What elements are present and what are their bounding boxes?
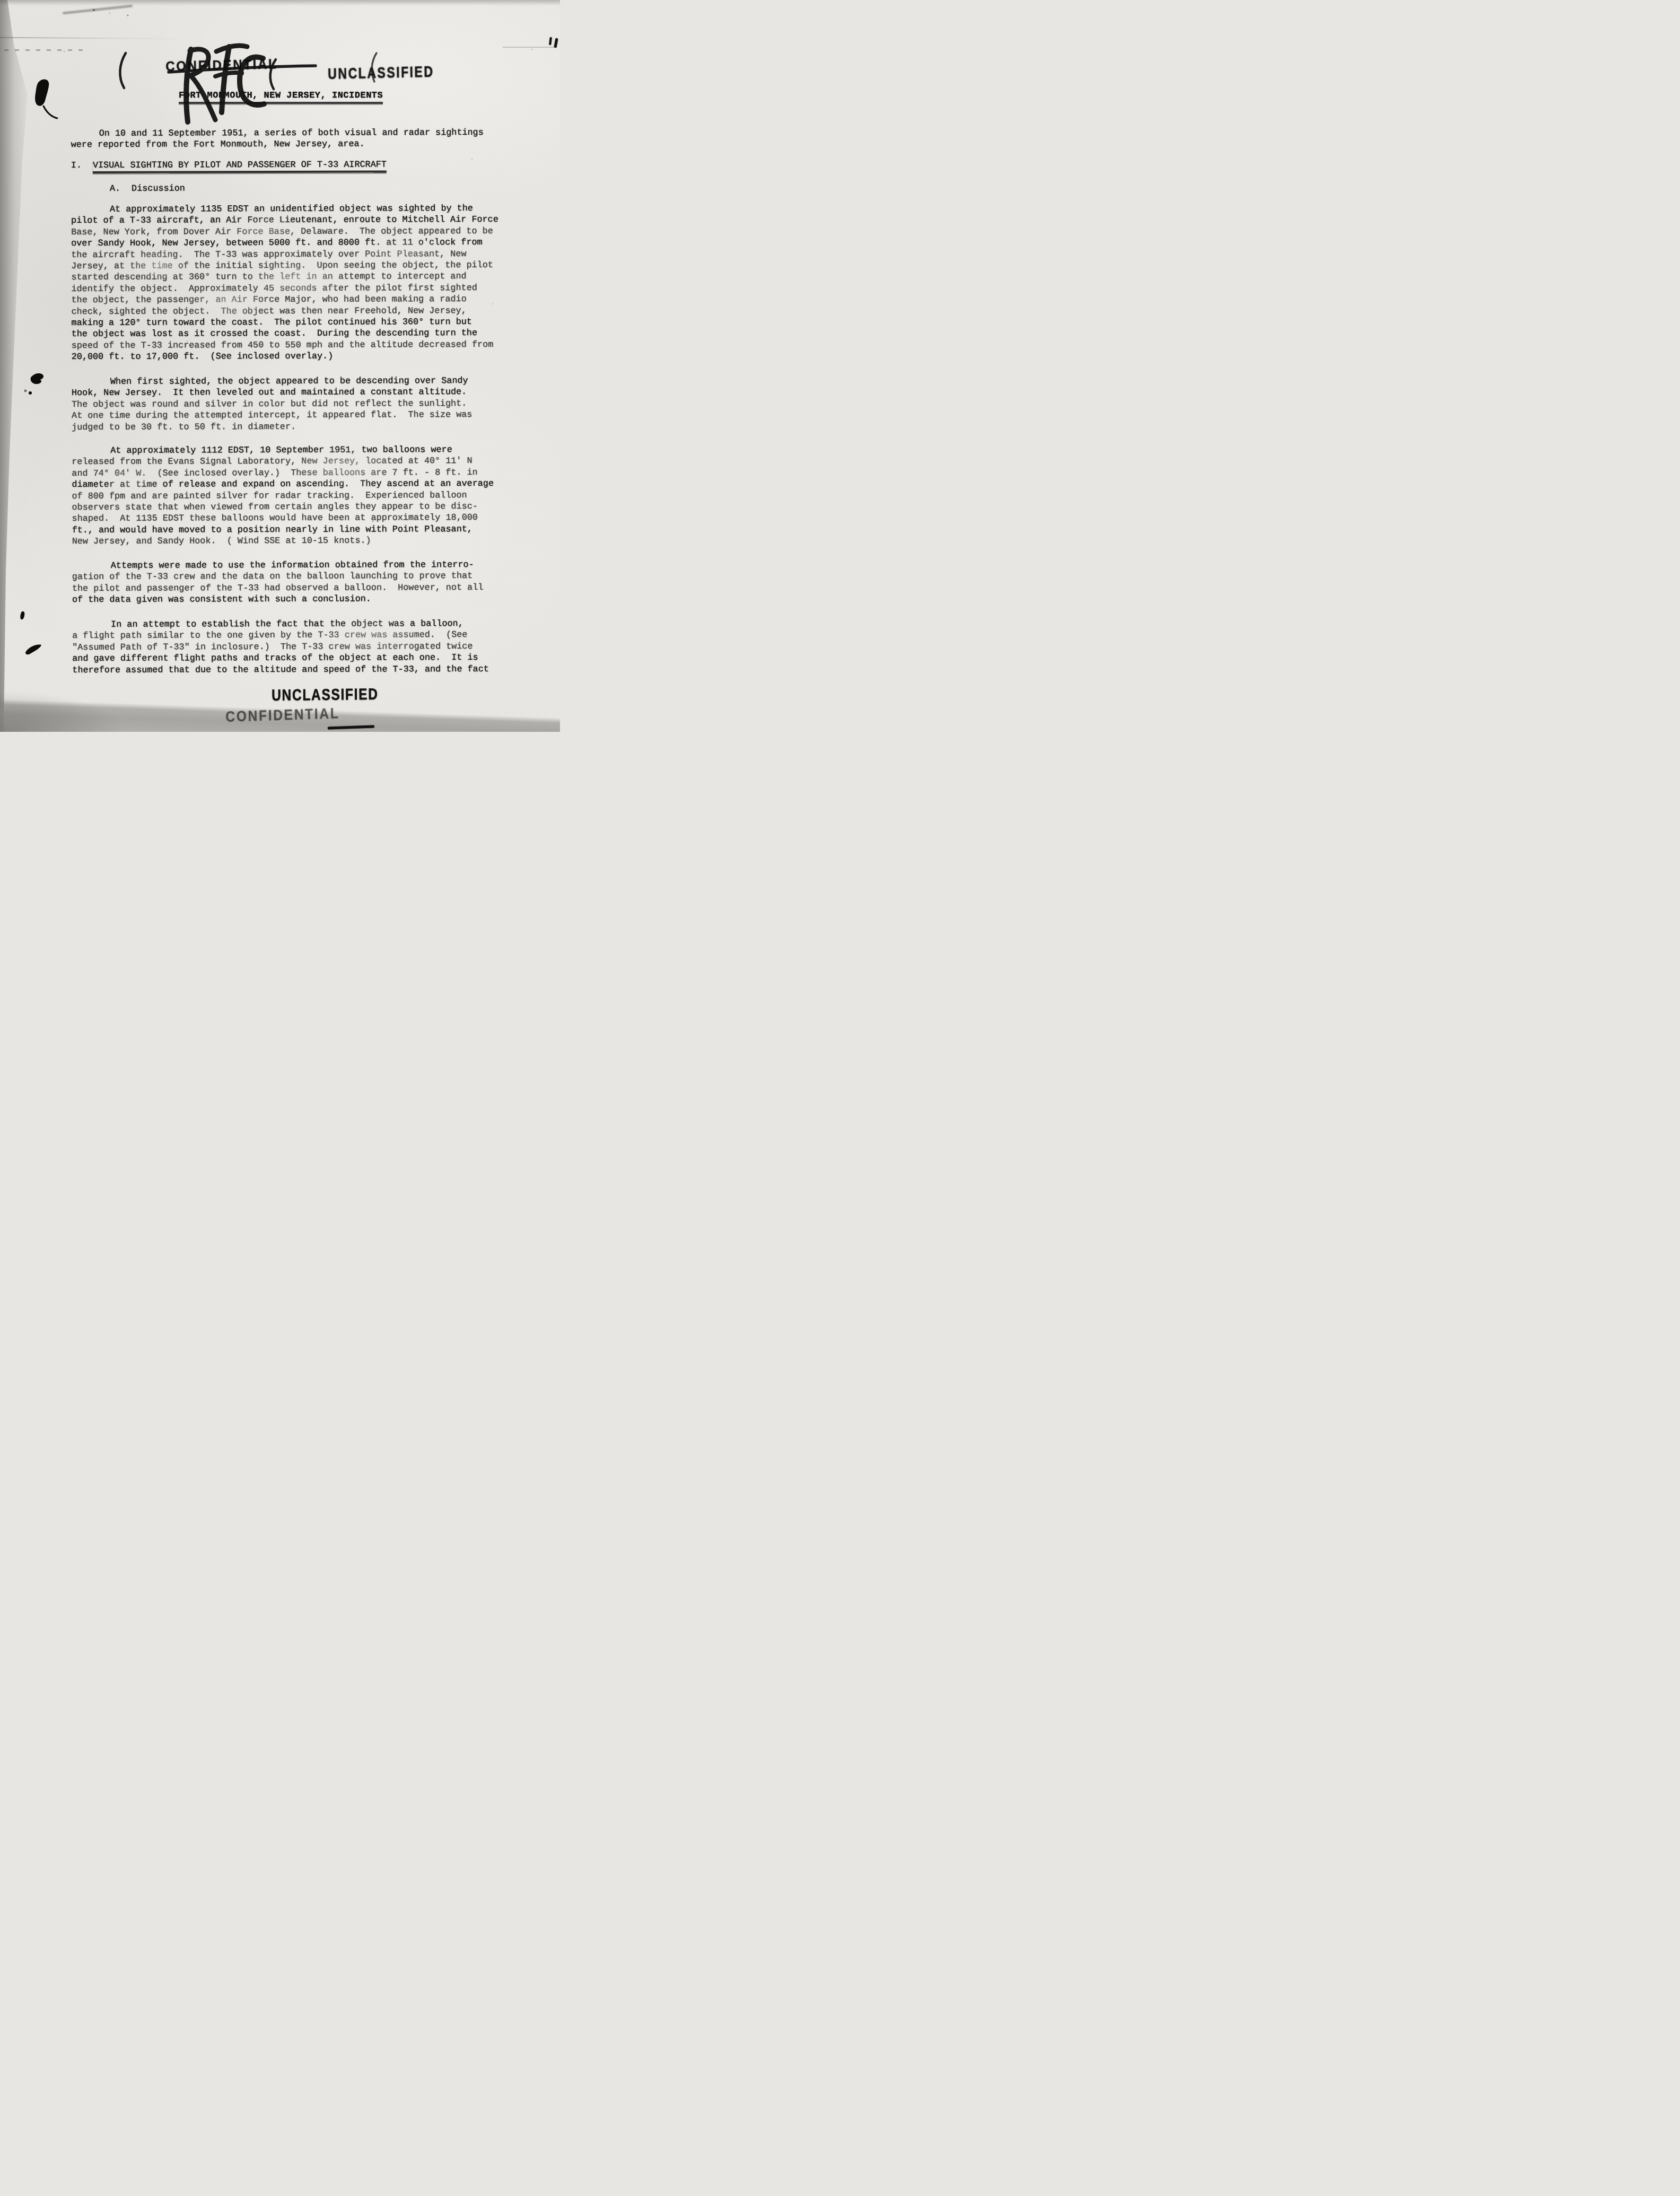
scan-specks [0, 0, 1, 1]
text-line: released from the Evans Signal Laborator… [72, 456, 515, 468]
text-line: In an attempt to establish the fact that… [72, 618, 515, 631]
text-line: diameter at time of release and expand o… [72, 478, 515, 491]
text-line: Attempts were made to use the informatio… [72, 559, 515, 572]
intro-paragraph: On 10 and 11 September 1951, a series of… [71, 127, 514, 151]
text-line: and 74° 04' W. (See inclosed overlay.) T… [72, 467, 515, 480]
text-line: At approximately 1112 EDST, 10 September… [72, 444, 515, 457]
ink-tick-mark [19, 611, 28, 620]
text-line: identify the object. Approximately 45 se… [71, 283, 514, 295]
rfc-handwritten-initials [111, 40, 398, 135]
text-line: were reported from the Fort Monmouth, Ne… [71, 138, 514, 151]
text-line: check, sighted the object. The object wa… [72, 305, 515, 318]
text-line: The object was round and silver in color… [72, 398, 515, 411]
paragraph-t33-sighting: At approximately 1135 EDST an unidentifi… [71, 203, 515, 363]
section-heading: I.VISUAL SIGHTING BY PILOT AND PASSENGER… [71, 159, 514, 172]
text-line: the object, the passenger, an Air Force … [71, 294, 514, 307]
text-line: At one time during the attempted interce… [72, 409, 515, 422]
scan-streak [503, 47, 556, 48]
page-title: FORT MONMOUTH, NEW JERSEY, INCIDENTS [179, 91, 383, 104]
text-line: the object was lost as it crossed the co… [72, 328, 515, 340]
scan-left-edge-shadow [0, 0, 32, 732]
pen-tick-mark [554, 38, 558, 48]
scan-top-edge-shadow [0, 0, 560, 6]
text-line: started descending at 360° turn to the l… [71, 271, 514, 284]
paragraph-object-description: When first sighted, the object appeared … [72, 375, 515, 433]
confidential-stamp-bottom-faded: CONFIDENTIAL [225, 705, 340, 725]
scan-streak [63, 5, 133, 14]
text-line: the pilot and passenger of the T-33 had … [72, 582, 515, 595]
text-line: of the data given was consistent with su… [72, 593, 515, 606]
section-heading-text: VISUAL SIGHTING BY PILOT AND PASSENGER O… [93, 160, 387, 173]
unclassified-stamp-bottom: UNCLASSIFIED [272, 686, 379, 705]
text-line: At approximately 1135 EDST an unidentifi… [71, 203, 514, 216]
text-line: of 800 fpm and are painted silver for ra… [72, 489, 515, 502]
pen-tick-mark [549, 37, 552, 45]
text-line: ft., and would have moved to a position … [72, 524, 515, 537]
subsection-title: Discussion [132, 183, 185, 194]
text-line: pilot of a T-33 aircraft, an Air Force L… [71, 214, 514, 227]
text-line: Base, New York, from Dover Air Force Bas… [71, 226, 514, 239]
document-page: CONFIDENTIAL UNCLASSIFIED FORT MONMOUTH,… [0, 0, 560, 732]
text-line: On 10 and 11 September 1951, a series of… [71, 127, 514, 140]
text-line: 20,000 ft. to 17,000 ft. (See inclosed o… [72, 351, 515, 363]
confidential-underline-bar [328, 725, 374, 729]
scan-streak [4, 49, 89, 51]
text-line: and gave different flight paths and trac… [72, 652, 515, 665]
paragraph-balloons: At approximately 1112 EDST, 10 September… [72, 444, 515, 548]
scan-corner-shadow [0, 673, 148, 732]
text-line: "Assumed Path of T-33" in inclosure.) Th… [72, 641, 515, 654]
section-number: I. [71, 160, 82, 171]
text-line: making a 120° turn toward the coast. The… [72, 317, 515, 329]
ink-swoosh-mark [24, 644, 42, 658]
text-line: shaped. At 1135 EDST these balloons woul… [72, 512, 515, 525]
text-line: observers state that when viewed from ce… [72, 501, 515, 514]
handwritten-paren-left [120, 53, 126, 88]
text-line: the aircraft heading. The T-33 was appro… [71, 248, 514, 261]
text-line: Hook, New Jersey. It then leveled out an… [72, 387, 515, 399]
text-line: a flight path similar to the one given b… [72, 629, 515, 642]
text-line: gation of the T-33 crew and the data on … [72, 571, 515, 583]
unclassified-stamp-top: UNCLASSIFIED [328, 64, 434, 83]
subsection-letter: A. [110, 183, 120, 195]
text-line: judged to be 30 ft. to 50 ft. in diamete… [72, 421, 515, 433]
ink-splatter-mark [28, 371, 47, 396]
paragraph-assumed-path: In an attempt to establish the fact that… [72, 618, 515, 676]
text-line: New Jersey, and Sandy Hook. ( Wind SSE a… [72, 535, 515, 548]
paragraph-interrogation: Attempts were made to use the informatio… [72, 559, 515, 606]
text-line: When first sighted, the object appeared … [72, 375, 515, 388]
handwritten-paren-right [270, 59, 276, 89]
subsection-heading: A.Discussion [110, 182, 553, 195]
text-line: Jersey, at the time of the initial sight… [71, 260, 514, 273]
ink-blot-mark [33, 78, 65, 121]
text-line: therefore assumed that due to the altitu… [72, 663, 515, 676]
text-line: over Sandy Hook, New Jersey, between 500… [71, 237, 514, 250]
scan-streak [0, 37, 183, 39]
text-line: speed of the T-33 increased from 450 to … [72, 339, 515, 352]
